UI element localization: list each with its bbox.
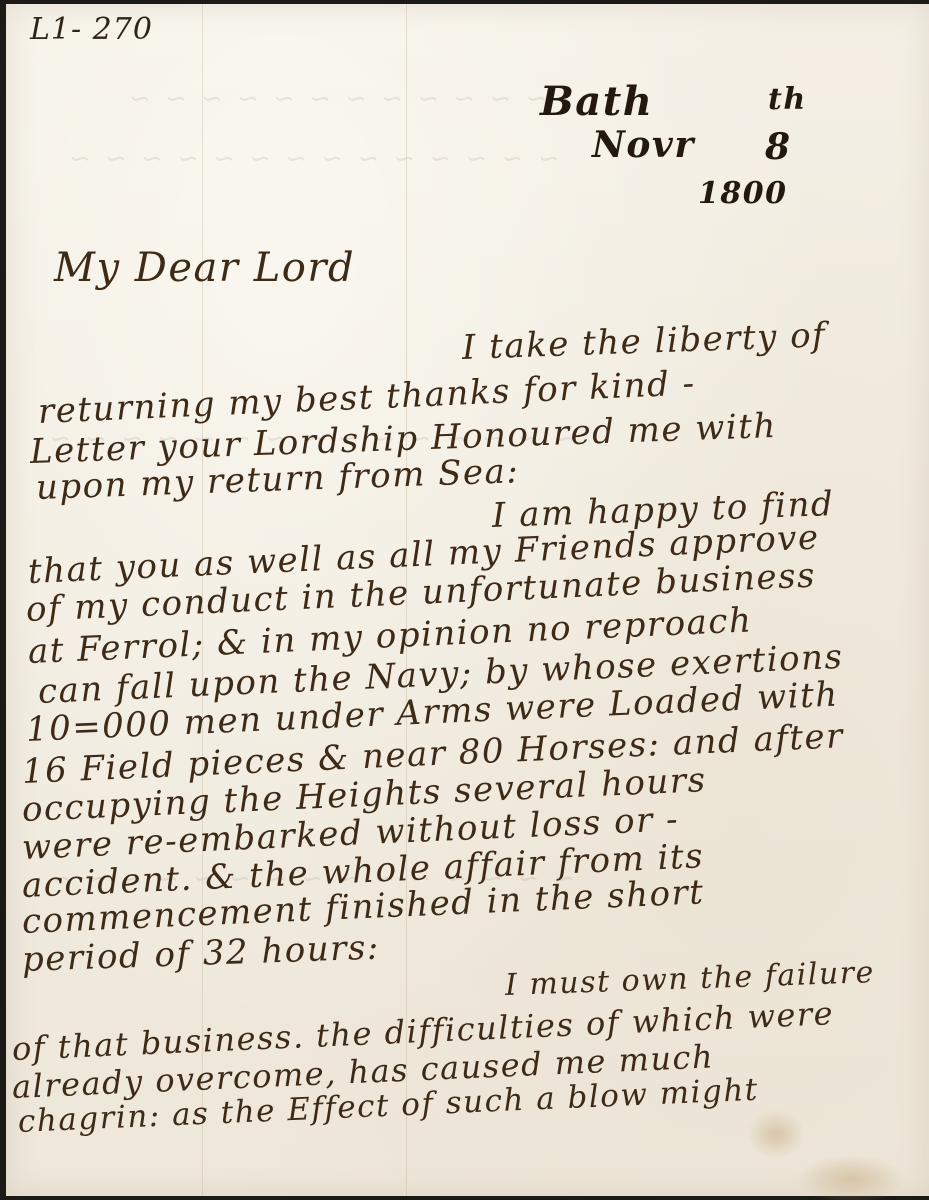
ink-stain	[746, 1109, 806, 1159]
bleed-through-text: ~ ~ ~ ~ ~ ~ ~ ~ ~ ~ ~ ~	[121, 84, 552, 114]
letter-place: Bath	[540, 78, 653, 125]
bleed-through-text: ~ ~ ~ ~ ~ ~ ~ ~ ~ ~ ~ ~ ~ ~	[61, 144, 564, 174]
date-day: 8	[765, 126, 792, 168]
water-stain	[796, 1154, 906, 1200]
salutation: My Dear Lord	[54, 245, 355, 291]
date-month: Novr	[592, 124, 695, 166]
date-year: 1800	[698, 176, 788, 211]
archive-reference: L1- 270	[30, 12, 153, 47]
date-day-suffix: th	[768, 82, 807, 117]
